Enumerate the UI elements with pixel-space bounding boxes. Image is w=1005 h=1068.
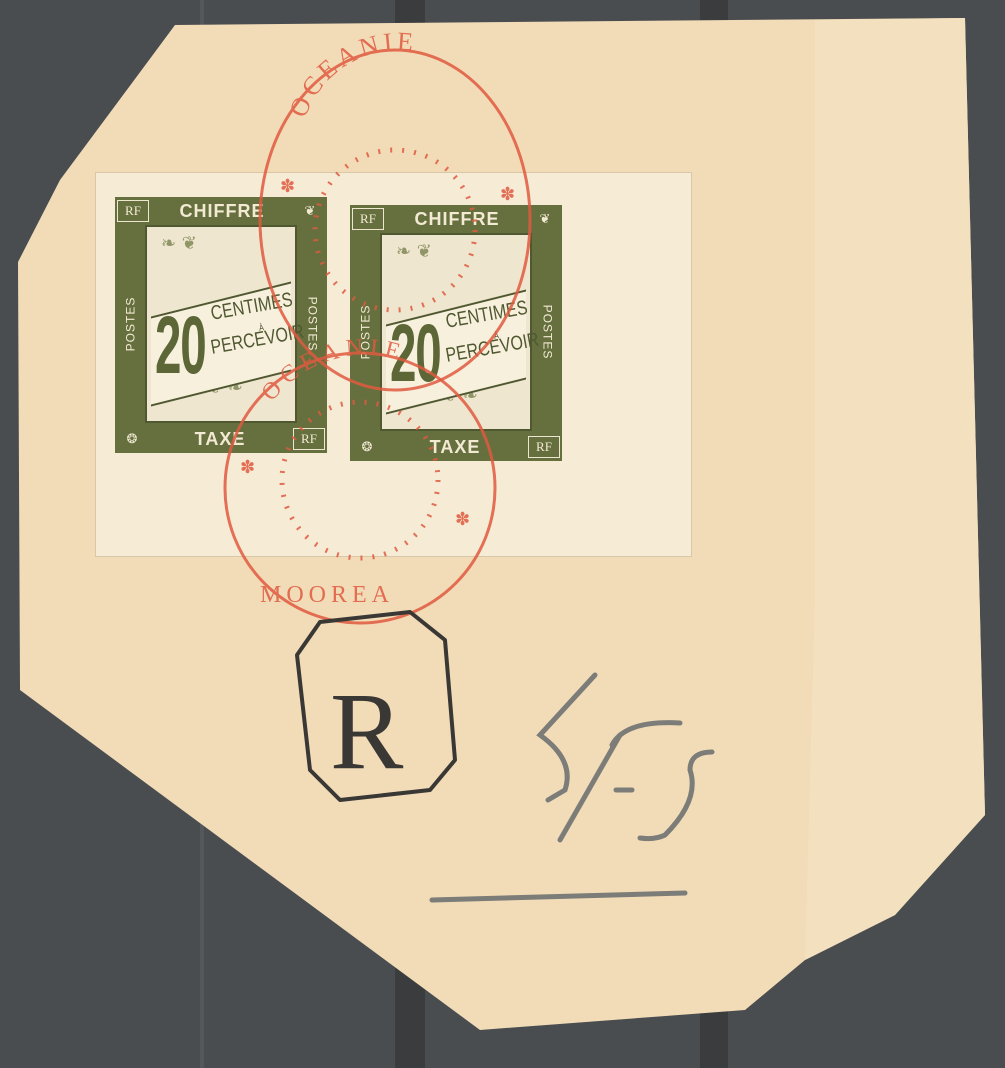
svg-text:✽: ✽	[455, 509, 470, 530]
pencil-note: 4 / 5	[0, 0, 3, 1]
registration-mark: R	[297, 612, 455, 800]
pencil-annotation	[432, 675, 712, 900]
svg-text:✽: ✽	[280, 176, 295, 197]
svg-text:OCEANIE: OCEANIE	[283, 27, 418, 122]
cancellations-overlay: OCEANIE ✽ ✽ OCEANIE MOOREA ✽ ✽ R 4 / 5	[0, 0, 1005, 1068]
postmark-moorea: OCEANIE MOOREA ✽ ✽	[225, 335, 495, 623]
postmark-bottom-text: MOOREA	[260, 582, 394, 608]
postmark-top-text: OCEANIE	[283, 27, 418, 122]
svg-text:✽: ✽	[240, 457, 255, 478]
postmark-oceanie: OCEANIE ✽ ✽	[260, 27, 530, 390]
svg-text:✽: ✽	[500, 184, 515, 205]
registration-letter: R	[330, 670, 404, 792]
